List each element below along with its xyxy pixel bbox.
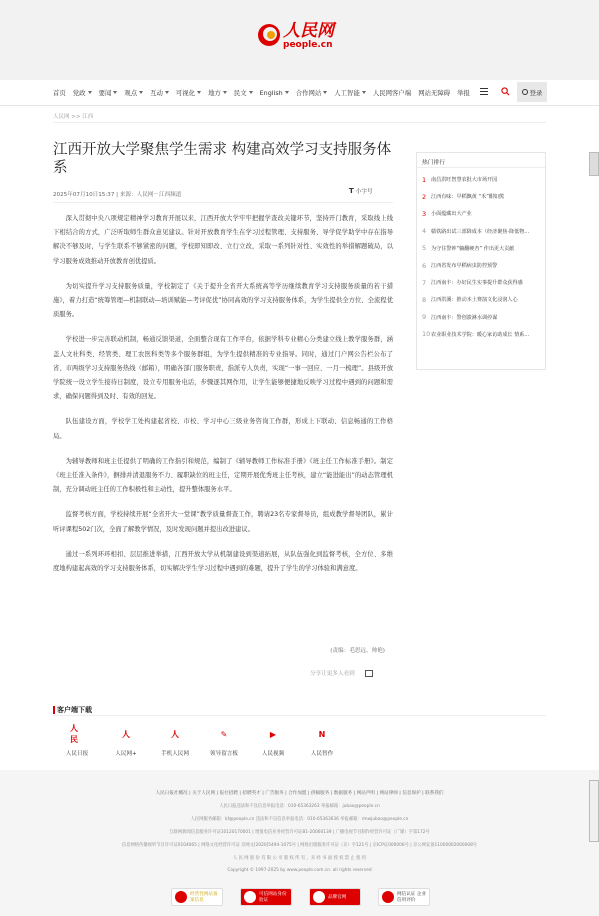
login-button[interactable]: 登录 xyxy=(517,82,547,102)
badge-label: 经营性网站备案信息 xyxy=(190,891,222,903)
nav-item[interactable]: 地方 xyxy=(208,88,227,97)
people-plus-icon: 人 xyxy=(119,727,133,741)
hot-ranking-item[interactable]: 3小面蕴藏出大产业 xyxy=(422,205,540,222)
nav-item[interactable]: 党政 xyxy=(73,88,92,97)
mobile-people-icon: 人 xyxy=(168,727,182,741)
rank-number: 6 xyxy=(422,262,431,270)
float-side-tab[interactable] xyxy=(589,152,599,176)
hot-ranking-item[interactable]: 4赣铁路出试三部降成本（经济聚焦·降低物... xyxy=(422,223,540,240)
article-meta: 2025年07月10日15:37 | 来源：人民网－江西频道 xyxy=(53,190,181,198)
chevron-down-icon xyxy=(362,91,366,94)
article-editor: (责编：毛思远、帅艳) xyxy=(330,646,385,654)
hot-ranking-item[interactable]: 10农业职业技术学院：暖心家访助成长 情系... xyxy=(422,326,540,343)
hot-ranking-item[interactable]: 8江西洪溪：推动本土赛演文化浸润人心 xyxy=(422,291,540,308)
nav-item[interactable]: 要闻 xyxy=(99,88,118,97)
app-list: 人民人民日报人人民网+人手机人民网✎领导留言板▶人民视频N人民智作 xyxy=(53,727,347,757)
float-share-bar[interactable] xyxy=(589,780,599,842)
hot-ranking-panel: 热门排行 1南昌洪旺智慧农批大市场开园2江西有味：早稻飘黄 “禾”酣如熊3小面蕴… xyxy=(416,152,546,370)
hot-ranking-item[interactable]: 1南昌洪旺智慧农批大市场开园 xyxy=(422,171,540,188)
nav-item-label: 互动 xyxy=(150,88,163,97)
nav-item[interactable]: 人工智能 xyxy=(334,88,366,97)
people-cn-logo[interactable]: 人民网 people.cn xyxy=(258,22,334,51)
footer-line: Copyright © 1997-2025 by www.people.com.… xyxy=(0,868,599,873)
rank-title: 为守住警钟“躺翻硬杏” 作出更大贡献 xyxy=(431,245,514,252)
app-label: 人民网+ xyxy=(115,749,136,757)
nav-item-label: 地方 xyxy=(208,88,221,97)
nav-item[interactable]: 举报 xyxy=(457,88,470,97)
badge-icon xyxy=(382,891,394,903)
chevron-down-icon xyxy=(139,91,143,94)
nav-item[interactable]: 首页 xyxy=(53,88,66,97)
nav-item-label: 民文 xyxy=(234,88,247,97)
rank-number: 9 xyxy=(422,313,431,321)
nav-item[interactable]: 合作网站 xyxy=(296,88,328,97)
hot-ranking-item[interactable]: 2江西有味：早稻飘黄 “禾”酣如熊 xyxy=(422,188,540,205)
message-board-icon: ✎ xyxy=(217,727,231,741)
breadcrumb[interactable]: 人民网 >> 江西 xyxy=(53,112,93,120)
badge-label: 网信认证 企业信用评价 xyxy=(397,891,429,903)
footer-line: 人民日报违法和不良信息举报电话：010-65363263 举报邮箱：jubao@… xyxy=(0,803,599,809)
rank-title: 小面蕴藏出大产业 xyxy=(431,210,472,217)
nav-item-label: 人民网客户端 xyxy=(373,88,411,97)
nav-item-label: 合作网站 xyxy=(296,88,322,97)
article-body: 深入贯彻中央八项规定精神学习教育开展以来，江西开放大学牢牢把握学查改关键环节，坚… xyxy=(53,212,393,587)
rank-title: 江西南丰：警创溃淋水调停谋 xyxy=(431,314,497,321)
nav-item-label: 举报 xyxy=(457,88,470,97)
nav-item-label: 网站无障碍 xyxy=(418,88,450,97)
footer-line: 人 民 网 股 份 有 限 公 司 版 权 所 有 ，未 经 书 面 授 权 禁… xyxy=(0,855,599,861)
nav-item[interactable]: 民文 xyxy=(234,88,253,97)
rank-number: 8 xyxy=(422,296,431,304)
login-label: 登录 xyxy=(530,88,543,97)
logo-en-text: people.cn xyxy=(283,40,334,51)
rank-number: 5 xyxy=(422,244,431,252)
video-play-icon: ▶ xyxy=(266,727,280,741)
nav-item[interactable]: 可视化 xyxy=(176,88,201,97)
chevron-down-icon xyxy=(113,91,117,94)
user-icon xyxy=(522,89,528,95)
app-download-item[interactable]: ▶人民视频 xyxy=(249,727,297,757)
share-icon[interactable] xyxy=(365,670,373,677)
rank-number: 1 xyxy=(422,176,431,184)
app-label: 人民智作 xyxy=(311,749,333,757)
rank-number: 7 xyxy=(422,279,431,287)
search-icon[interactable] xyxy=(501,87,510,96)
certification-badge[interactable]: 经营性网站备案信息 xyxy=(171,888,223,906)
chevron-down-icon xyxy=(249,91,253,94)
chevron-down-icon xyxy=(197,91,201,94)
panel-title: 热门排行 xyxy=(417,153,545,168)
footer-line: 互联网新闻信息服务许可证10120170001 | 增值电信业务经营许可证B1-… xyxy=(0,829,599,835)
main-nav: 首页党政要闻观点互动可视化地方民文English合作网站人工智能人民网客户端网站… xyxy=(0,80,599,106)
badge-icon xyxy=(313,891,325,903)
nav-item[interactable]: English xyxy=(260,89,289,97)
people-daily-icon: 人民 xyxy=(70,727,84,741)
menu-icon[interactable] xyxy=(480,88,488,96)
chevron-down-icon xyxy=(88,91,92,94)
article-paragraph: 学校进一步完善联动机制，畅通反馈渠道，全面整合现有工作平台，依据学科专业精心分类… xyxy=(53,333,393,404)
rank-title: 江西洪溪：推动本土赛演文化浸润人心 xyxy=(431,296,518,303)
article-paragraph: 监督考核方面，学校持续开展“全省开大一堂课”教学质量督查工作，聘请23名专家督导… xyxy=(53,508,393,536)
chevron-down-icon xyxy=(323,91,327,94)
article-title: 江西开放大学聚焦学生需求 构建高效学习支持服务体系 xyxy=(53,141,393,177)
rank-number: 4 xyxy=(422,227,431,235)
rank-number: 10 xyxy=(422,330,431,338)
nav-item-label: 可视化 xyxy=(176,88,195,97)
badge-label: 可信网站身份验证 xyxy=(259,891,291,903)
nav-item[interactable]: 人民网客户端 xyxy=(373,88,411,97)
smart-create-icon: N xyxy=(315,727,329,741)
certification-badge[interactable]: 品牌官网 xyxy=(309,888,361,906)
badge-label: 品牌官网 xyxy=(328,894,346,900)
divider xyxy=(53,122,546,123)
article-paragraph: 通过一系列环环相扣、层层推进举措，江西开放大学从机制建设到渠道拓展，从队伍强化到… xyxy=(53,548,393,576)
nav-item[interactable]: 观点 xyxy=(124,88,143,97)
chevron-down-icon xyxy=(285,91,289,94)
nav-item[interactable]: 互动 xyxy=(150,88,169,97)
nav-item-label: 首页 xyxy=(53,88,66,97)
article-paragraph: 为辅导教师和班主任提供了明确的工作指引和规范，编制了《辅导教师工作标准手册》《班… xyxy=(53,455,393,498)
nav-item-label: 党政 xyxy=(73,88,86,97)
rank-title: 农业职业技术学院：暖心家访助成长 情系... xyxy=(431,331,529,338)
nav-item-label: English xyxy=(260,89,283,97)
nav-item-label: 人工智能 xyxy=(334,88,360,97)
app-download-item[interactable]: 人人民网+ xyxy=(102,727,150,757)
rank-number: 2 xyxy=(422,193,431,201)
rank-title: 赣铁路出试三部降成本（经济聚焦·降低物... xyxy=(431,228,529,235)
font-size-toggle[interactable]: T小字号 xyxy=(349,187,373,195)
logo-icon xyxy=(258,24,280,46)
share-label: 分享让更多人看到 xyxy=(310,669,355,677)
footer-line: 人民网服务邮箱：kf@people.cn 违法和不良信息举报电话：010-653… xyxy=(0,816,599,822)
app-label: 手机人民网 xyxy=(161,749,189,757)
article-paragraph: 为切实提升学习支持服务质量，学校制定了《关于提升全省开大系统高等学历继续教育学习… xyxy=(53,280,393,323)
rank-title: 江西有味：早稻飘黄 “禾”酣如熊 xyxy=(431,193,504,200)
rank-title: 江西南丰：办好民生实事提升群众获得感 xyxy=(431,279,523,286)
hot-ranking-item[interactable]: 7江西南丰：办好民生实事提升群众获得感 xyxy=(422,274,540,291)
client-download-title: 客户端下载 xyxy=(53,705,92,715)
site-footer: 人民日报社概况 | 关于人民网 | 报社招聘 | 招聘英才 | 广告服务 | 合… xyxy=(0,770,599,916)
badge-icon xyxy=(244,891,256,903)
certification-badge[interactable]: 网信认证 企业信用评价 xyxy=(378,888,430,906)
divider xyxy=(53,715,546,716)
font-toggle-label: 小字号 xyxy=(356,187,373,195)
font-size-icon: T xyxy=(349,187,354,195)
app-label: 人民视频 xyxy=(262,749,284,757)
rank-title: 江西省发布早稻病虫防控预警 xyxy=(431,262,497,269)
app-label: 领导留言板 xyxy=(210,749,238,757)
chevron-down-icon xyxy=(223,91,227,94)
site-header: 人民网 people.cn xyxy=(0,0,599,80)
app-download-item[interactable]: ✎领导留言板 xyxy=(200,727,248,757)
certification-badge[interactable]: 可信网站身份验证 xyxy=(240,888,292,906)
footer-links[interactable]: 人民日报社概况 | 关于人民网 | 报社招聘 | 招聘英才 | 广告服务 | 合… xyxy=(0,790,599,796)
article-paragraph: 队伍建设方面，学校学工处构建起省校、市校、学习中心三级业务咨询工作群，形成上下联… xyxy=(53,415,393,443)
nav-item[interactable]: 网站无障碍 xyxy=(418,88,450,97)
rank-title: 南昌洪旺智慧农批大市场开园 xyxy=(431,176,497,183)
app-download-item[interactable]: N人民智作 xyxy=(298,727,346,757)
hot-ranking-item[interactable]: 5为守住警钟“躺翻硬杏” 作出更大贡献 xyxy=(422,240,540,257)
app-label: 人民日报 xyxy=(66,749,88,757)
app-download-item[interactable]: 人民人民日报 xyxy=(53,727,101,757)
chevron-down-icon xyxy=(165,91,169,94)
article-paragraph: 深入贯彻中央八项规定精神学习教育开展以来，江西开放大学牢牢把握学查改关键环节，坚… xyxy=(53,212,393,269)
share-section[interactable]: 分享让更多人看到 xyxy=(310,669,373,677)
rank-number: 3 xyxy=(422,210,431,218)
badge-icon xyxy=(175,891,187,903)
footer-line: 信息网络传播视听节目许可证0104065 | 网络文化经营许可证 京网文[202… xyxy=(0,842,599,848)
hot-ranking-item[interactable]: 9江西南丰：警创溃淋水调停谋 xyxy=(422,309,540,326)
app-download-item[interactable]: 人手机人民网 xyxy=(151,727,199,757)
divider xyxy=(53,202,393,203)
hot-ranking-item[interactable]: 6江西省发布早稻病虫防控预警 xyxy=(422,257,540,274)
nav-item-label: 要闻 xyxy=(99,88,112,97)
nav-item-label: 观点 xyxy=(124,88,137,97)
logo-cn-text: 人民网 xyxy=(283,22,334,40)
